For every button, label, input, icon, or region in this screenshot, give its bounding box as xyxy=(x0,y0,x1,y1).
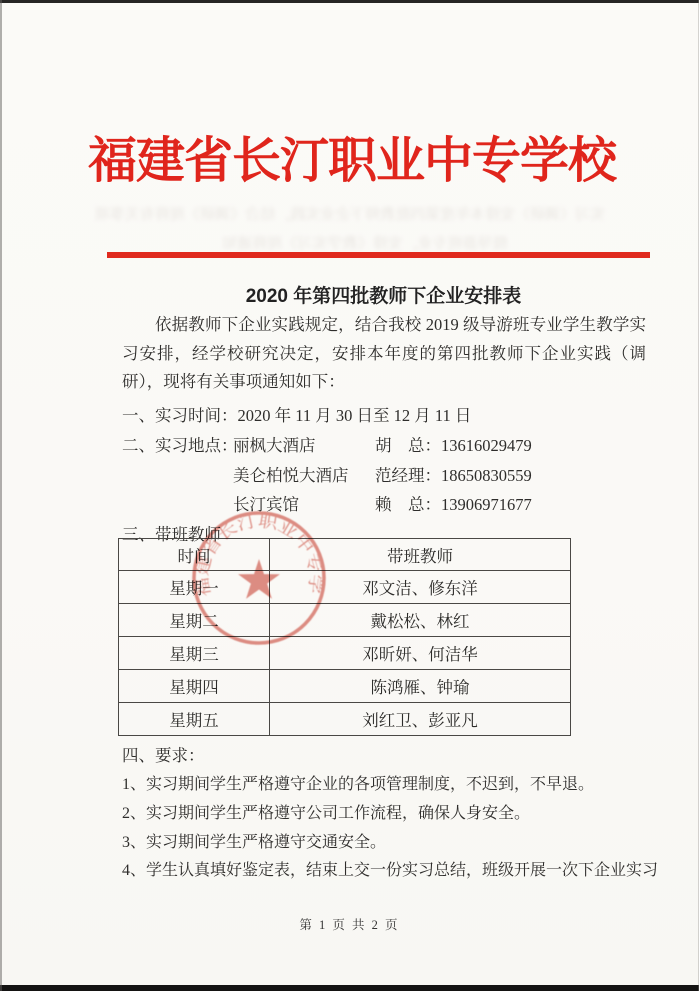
school-name-header: 福建省长汀职业中专学校 xyxy=(88,122,611,192)
table-cell-day: 星期一 xyxy=(119,571,270,604)
table-header-row: 时间 带班教师 xyxy=(119,539,571,571)
bleed-through-text: 实习（调研）安排本年度第四批教师下企业实践，结合《调研》现将有关事项 xyxy=(70,203,630,224)
table-cell-day: 星期五 xyxy=(119,703,270,736)
table-cell-teachers: 邓文洁、修东洋 xyxy=(270,571,571,604)
location-row: 二、实习地点： 丽枫大酒店 胡 总：13616029479 xyxy=(122,432,238,454)
requirement-item: 2、实习期间学生严格遵守公司工作流程，确保人身安全。 xyxy=(122,800,662,823)
page-footer: 第 1 页 共 2 页 xyxy=(0,915,699,933)
requirement-item: 4、学生认真填好鉴定表，结束上交一份实习总结，班级开展一次下企业实习 xyxy=(122,857,662,880)
requirement-item: 1、实习期间学生严格遵守企业的各项管理制度，不迟到，不早退。 xyxy=(122,771,662,794)
requirements-heading: 四、要求： xyxy=(122,742,205,766)
table-row: 星期五 刘红卫、彭亚凡 xyxy=(119,703,571,736)
location-contact: 范经理：18650830559 xyxy=(375,462,532,486)
table-row: 星期一 邓文洁、修东洋 xyxy=(119,571,571,604)
table-row: 星期三 邓昕妍、何洁华 xyxy=(119,637,571,670)
location-name: 丽枫大酒店 xyxy=(233,432,316,456)
document-title: 2020 年第四批教师下企业安排表 xyxy=(122,281,645,308)
table-row: 星期二 戴松松、林红 xyxy=(119,604,571,637)
location-name: 长汀宾馆 xyxy=(233,491,299,515)
table-cell-teachers: 陈鸿雁、钟瑜 xyxy=(270,670,571,703)
table-header-teachers: 带班教师 xyxy=(270,539,571,571)
table-cell-teachers: 戴松松、林红 xyxy=(270,604,571,637)
table-cell-day: 星期二 xyxy=(119,604,270,637)
item-practice-time: 一、实习时间：2020 年 11 月 30 日至 12 月 11 日 xyxy=(122,402,471,426)
scanned-document-page: 福建省长汀职业中专学校 实习（调研）安排本年度第四批教师下企业实践，结合《调研》… xyxy=(0,0,699,991)
bleed-through-text: 级导游班专业，安排《教学实习》现将通知 xyxy=(150,232,580,253)
table-cell-teachers: 邓昕妍、何洁华 xyxy=(270,637,571,670)
teachers-table: 时间 带班教师 星期一 邓文洁、修东洋 星期二 戴松松、林红 星期三 邓昕妍、何… xyxy=(118,538,571,736)
red-divider-rule xyxy=(107,252,650,258)
item-practice-location: 二、实习地点： 丽枫大酒店 胡 总：13616029479 美仑柏悦大酒店 范经… xyxy=(122,432,646,522)
table-cell-day: 星期四 xyxy=(119,670,270,703)
table-row: 星期四 陈鸿雁、钟瑜 xyxy=(119,670,571,703)
scan-edge-bottom xyxy=(0,985,699,991)
table-cell-teachers: 刘红卫、彭亚凡 xyxy=(270,703,571,736)
intro-paragraph: 依据教师下企业实践规定，结合我校 2019 级导游班专业学生教学实习安排，经学校… xyxy=(122,311,646,397)
requirement-item: 3、实习期间学生严格遵守交通安全。 xyxy=(122,829,662,852)
table-header-time: 时间 xyxy=(119,539,270,571)
location-contact: 赖 总：13906971677 xyxy=(375,491,532,515)
table-cell-day: 星期三 xyxy=(119,637,270,670)
scan-edge-left xyxy=(0,0,2,991)
location-name: 美仑柏悦大酒店 xyxy=(233,462,349,486)
scan-edge-top xyxy=(0,0,699,3)
location-label: 二、实习地点： xyxy=(122,436,238,455)
location-contact: 胡 总：13616029479 xyxy=(375,432,532,456)
